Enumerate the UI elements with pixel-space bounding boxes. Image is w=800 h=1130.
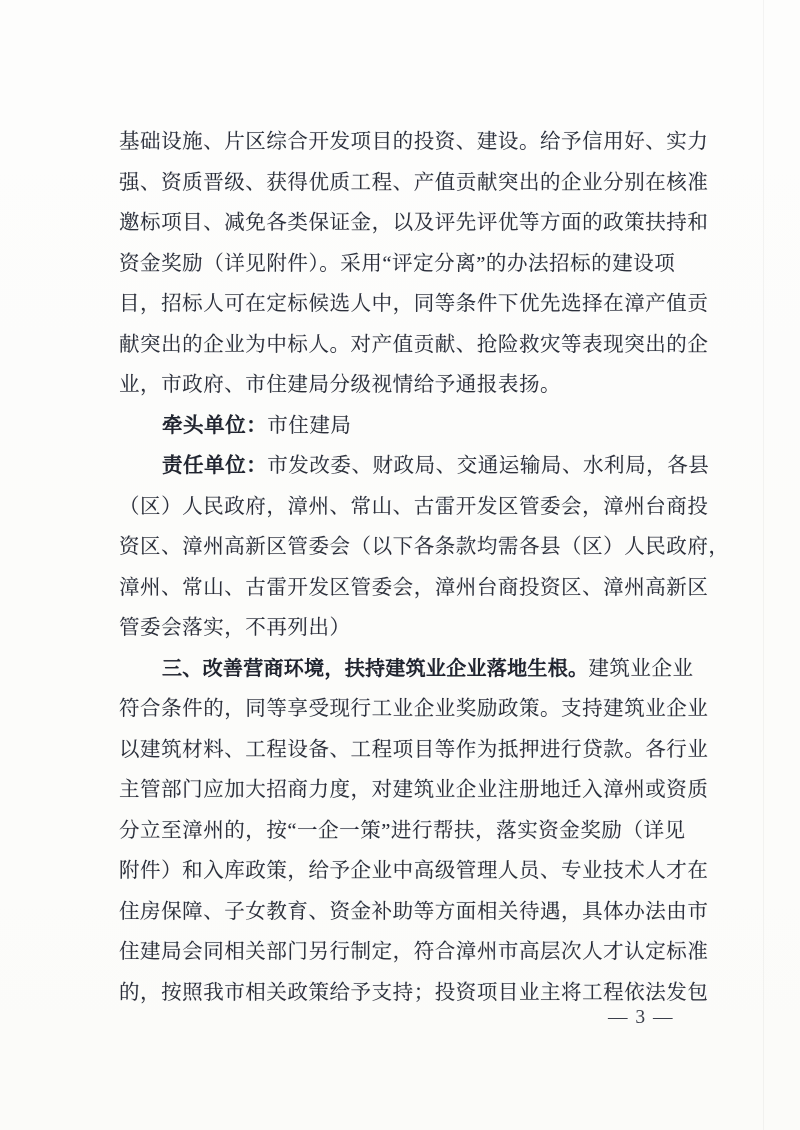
document-body: 基础设施、片区综合开发项目的投资、建设。给予信用好、实力 强、资质晋级、获得优质… xyxy=(119,122,705,1013)
scan-edge-line xyxy=(763,0,764,1130)
text-line: 管委会落实，不再列出） xyxy=(119,608,705,649)
lead-unit-label: 牵头单位： xyxy=(162,415,267,437)
text-line: 附件）和入库政策，给予企业中高级管理人员、专业技术人才在 xyxy=(119,851,705,892)
responsible-unit-value: 市发改委、财政局、交通运输局、水利局，各县 xyxy=(267,455,709,477)
text-line: 漳州、常山、古雷开发区管委会，漳州台商投资区、漳州高新区 xyxy=(119,568,705,609)
text-line: 住建局会同相关部门另行制定，符合漳州市高层次人才认定标准 xyxy=(119,932,705,973)
lead-unit-line: 牵头单位：市住建局 xyxy=(119,406,705,447)
text-line: 住房保障、子女教育、资金补助等方面相关待遇，具体办法由市 xyxy=(119,892,705,933)
document-page: 基础设施、片区综合开发项目的投资、建设。给予信用好、实力 强、资质晋级、获得优质… xyxy=(0,0,800,1130)
responsible-unit-label: 责任单位： xyxy=(162,455,267,477)
section-3-heading: 三、改善营商环境，扶持建筑业企业落地生根。 xyxy=(162,658,588,680)
text-line: 资区、漳州高新区管委会（以下各条款均需各县（区）人民政府， xyxy=(119,527,705,568)
lead-unit-value: 市住建局 xyxy=(267,415,351,437)
text-line: 以建筑材料、工程设备、工程项目等作为抵押进行贷款。各行业 xyxy=(119,730,705,771)
page-number: — 3 — xyxy=(596,1007,686,1029)
text-line: 基础设施、片区综合开发项目的投资、建设。给予信用好、实力 xyxy=(119,122,705,163)
responsible-unit-line: 责任单位：市发改委、财政局、交通运输局、水利局，各县 xyxy=(119,446,705,487)
text-line: 邀标项目、减免各类保证金，以及评先评优等方面的政策扶持和 xyxy=(119,203,705,244)
text-line: 资金奖励（详见附件）。采用“评定分离”的办法招标的建设项 xyxy=(119,244,705,285)
text-line: （区）人民政府，漳州、常山、古雷开发区管委会，漳州台商投 xyxy=(119,487,705,528)
text-line: 强、资质晋级、获得优质工程、产值贡献突出的企业分别在核准 xyxy=(119,163,705,204)
text-line: 献突出的企业为中标人。对产值贡献、抢险救灾等表现突出的企 xyxy=(119,325,705,366)
text-line: 分立至漳州的，按“一企一策”进行帮扶，落实资金奖励（详见 xyxy=(119,811,705,852)
text-line: 主管部门应加大招商力度，对建筑业企业注册地迁入漳州或资质 xyxy=(119,770,705,811)
section-3-heading-line: 三、改善营商环境，扶持建筑业企业落地生根。建筑业企业 xyxy=(119,649,705,690)
section-3-heading-tail: 建筑业企业 xyxy=(588,658,693,680)
text-line: 符合条件的，同等享受现行工业企业奖励政策。支持建筑业企业 xyxy=(119,689,705,730)
text-line: 目，招标人可在定标候选人中，同等条件下优先选择在漳产值贡 xyxy=(119,284,705,325)
text-line: 业，市政府、市住建局分级视情给予通报表扬。 xyxy=(119,365,705,406)
